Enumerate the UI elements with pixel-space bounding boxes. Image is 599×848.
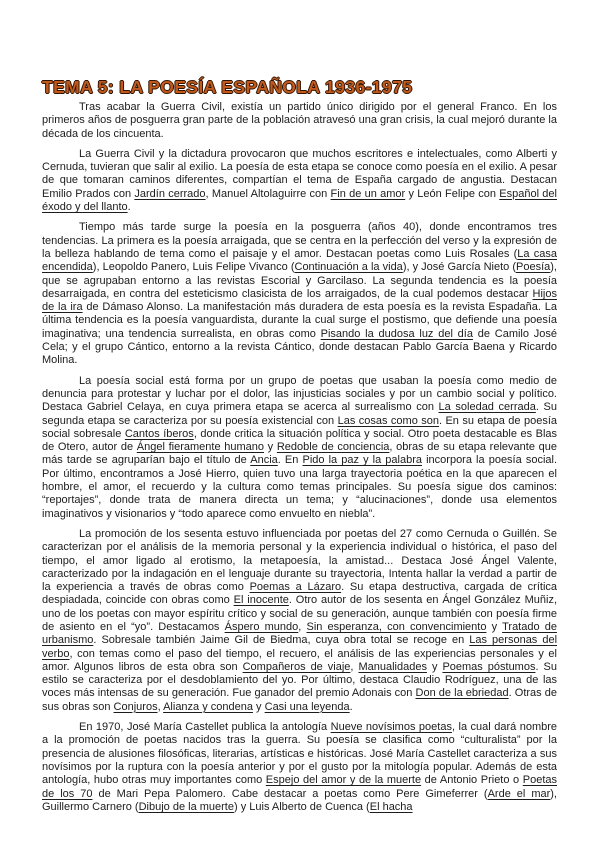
text-run: ), y José García Nieto ( [403,261,516,273]
work-title: La soledad cerrada [439,401,536,413]
paragraph: La poesía social está forma por un grupo… [42,375,557,521]
paragraph: La promoción de los sesenta estuvo influ… [42,528,557,714]
work-title: El hacha [370,801,413,813]
work-title: Manualidades [358,661,427,673]
work-title: Nueve novísimos poetas [331,721,452,733]
text-run: Tras acabar la Guerra Civil, existía un … [42,101,557,140]
work-title: Pido la paz y la palabra [302,454,422,466]
work-title: Áspero mundo [225,621,299,633]
work-title: Continuación a la vida [295,261,403,273]
work-title: Ángel fieramente humano [137,441,264,453]
text-run: de Mari Pepa Palomero. Cabe destacar a p… [92,788,487,800]
text-run: . [350,701,353,713]
work-title: Cantos íberos [125,428,194,440]
document-body: Tras acabar la Guerra Civil, existía un … [42,101,557,814]
text-run: y [486,621,502,633]
text-run: . En [278,454,303,466]
text-run: y [253,701,265,713]
work-title: Redoble de conciencia [277,441,390,453]
text-run: ), Leopoldo Panero, Luis Felipe Vivanco … [93,261,295,273]
text-run: y [264,441,277,453]
work-title: Alianza y condena [163,701,253,713]
work-title: Pisando la dudosa luz del día [321,328,473,340]
page-title: TEMA 5: LA POESÍA ESPAÑOLA 1936-1975 [42,77,557,97]
work-title: Poemas póstumos [442,661,535,673]
text-run: . [128,201,131,213]
work-title: El inocente [234,594,289,606]
work-title: Sin esperanza, con convencimiento [306,621,486,633]
text-run: y [427,661,442,673]
work-title: Poemas a Lázaro [250,581,342,593]
text-run: En 1970, José María Castellet publica la… [79,721,331,733]
work-title: Dibujo de la muerte [139,801,234,813]
text-run: , Manuel Altolaguirre con [206,188,331,200]
paragraph: Tras acabar la Guerra Civil, existía un … [42,101,557,141]
work-title: Fin de un amor [331,188,406,200]
work-title: Casi una leyenda [265,701,350,713]
paragraph: Tiempo más tarde surge la poesía en la p… [42,221,557,367]
work-title: Compañeros de viaje [243,661,351,673]
work-title: Don de la ebriedad [416,687,509,699]
work-title: Las cosas como son [338,415,439,427]
text-run: y León Felipe con [405,188,499,200]
paragraph: La Guerra Civil y la dictadura provocaro… [42,148,557,214]
work-title: Espejo del amor y de la muerte [266,774,421,786]
text-run: ) y Luis Alberto de Cuenca ( [234,801,370,813]
work-title: Jardín cerrado [134,188,205,200]
document-page: TEMA 5: LA POESÍA ESPAÑOLA 1936-1975 Tra… [0,0,599,848]
text-run: de Antonio Prieto o [421,774,523,786]
work-title: Ancia [250,454,278,466]
text-run: . Sobresale también Jaime Gil de Biedma,… [93,634,469,646]
work-title: Conjuros [114,701,158,713]
work-title: Arde el mar [488,788,551,800]
work-title: Poesía [516,261,550,273]
paragraph: En 1970, José María Castellet publica la… [42,721,557,814]
text-run: Tiempo más tarde surge la poesía en la p… [42,221,557,260]
